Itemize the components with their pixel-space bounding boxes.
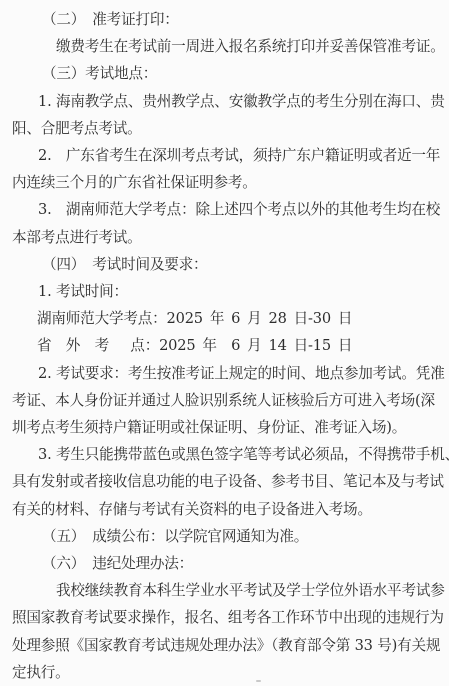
document-page: （二） 准考证打印： 缴费考生在考试前一周进入报名系统打印并妥善保管准考证。 （… (0, 0, 449, 686)
heading-exam-locations: （三）考试地点： (12, 60, 443, 87)
text-line: 处理参照《国家教育考试违规处理办法》（教育部令第 33 号)有关规 (12, 632, 443, 659)
text-line: 有关的材料、存储与考试有关资料的电子设备进入考场。 (12, 496, 443, 523)
heading-exam-time-and-requirements: （四） 考试时间及要求： (12, 251, 443, 278)
document-body: （二） 准考证打印： 缴费考生在考试前一周进入报名系统打印并妥善保管准考证。 （… (12, 6, 443, 686)
heading-admission-ticket-printing: （二） 准考证打印： (12, 6, 443, 33)
text-line: 我校继续教育本科生学业水平考试及学士学位外语水平考试参 (12, 577, 443, 604)
exam-location-item-3: 3. 湖南师范大学考点：除上述四个考点以外的其他考生均在校 (12, 196, 443, 223)
exam-time-label: 1. 考试时间： (12, 278, 443, 305)
scan-artifact-speck (256, 680, 261, 682)
text-line: 定执行。 (12, 659, 443, 686)
text-line: 考证、本人身份证并通过人脸识别系统人证核验后方可进入考场(深 (12, 387, 443, 414)
exam-date-out-of-province: 省 外 考 点：2025 年 6 月 14 日-15 日 (12, 332, 443, 359)
text-line: 阳、合肥考点考试。 (12, 115, 443, 142)
text-line: 圳考点考生须持户籍证明或社保证明、身份证、准考证入场)。 (12, 414, 443, 441)
exam-requirements-item-2: 2. 考试要求：考生按准考证上规定的时间、地点参加考试。凭准 (12, 360, 443, 387)
text-line: 缴费考生在考试前一周进入报名系统打印并妥善保管准考证。 (12, 33, 443, 60)
exam-date-hunan-normal-university: 湖南师范大学考点：2025 年 6 月 28 日-30 日 (12, 305, 443, 332)
heading-score-release: （五） 成绩公布：以学院官网通知为准。 (12, 523, 443, 550)
heading-violation-handling: （六） 违纪处理办法： (12, 550, 443, 577)
text-line: 内连续三个月的广东省社保证明参考。 (12, 169, 443, 196)
exam-location-item-2: 2. 广东省考生在深圳考点考试，须持广东户籍证明或者近一年 (12, 142, 443, 169)
text-line: 本部考点进行考试。 (12, 224, 443, 251)
text-line: 具有发射或者接收信息功能的电子设备、参考书目、笔记本及与考试 (12, 468, 443, 495)
allowed-items-rule-item-3: 3. 考生只能携带蓝色或黑色签字笔等考试必须品，不得携带手机、 (12, 441, 443, 468)
text-line: 照国家教育考试要求操作，报名、组考各工作环节中出现的违规行为 (12, 604, 443, 631)
exam-location-item-1: 1. 海南教学点、贵州教学点、安徽教学点的考生分别在海口、贵 (12, 88, 443, 115)
